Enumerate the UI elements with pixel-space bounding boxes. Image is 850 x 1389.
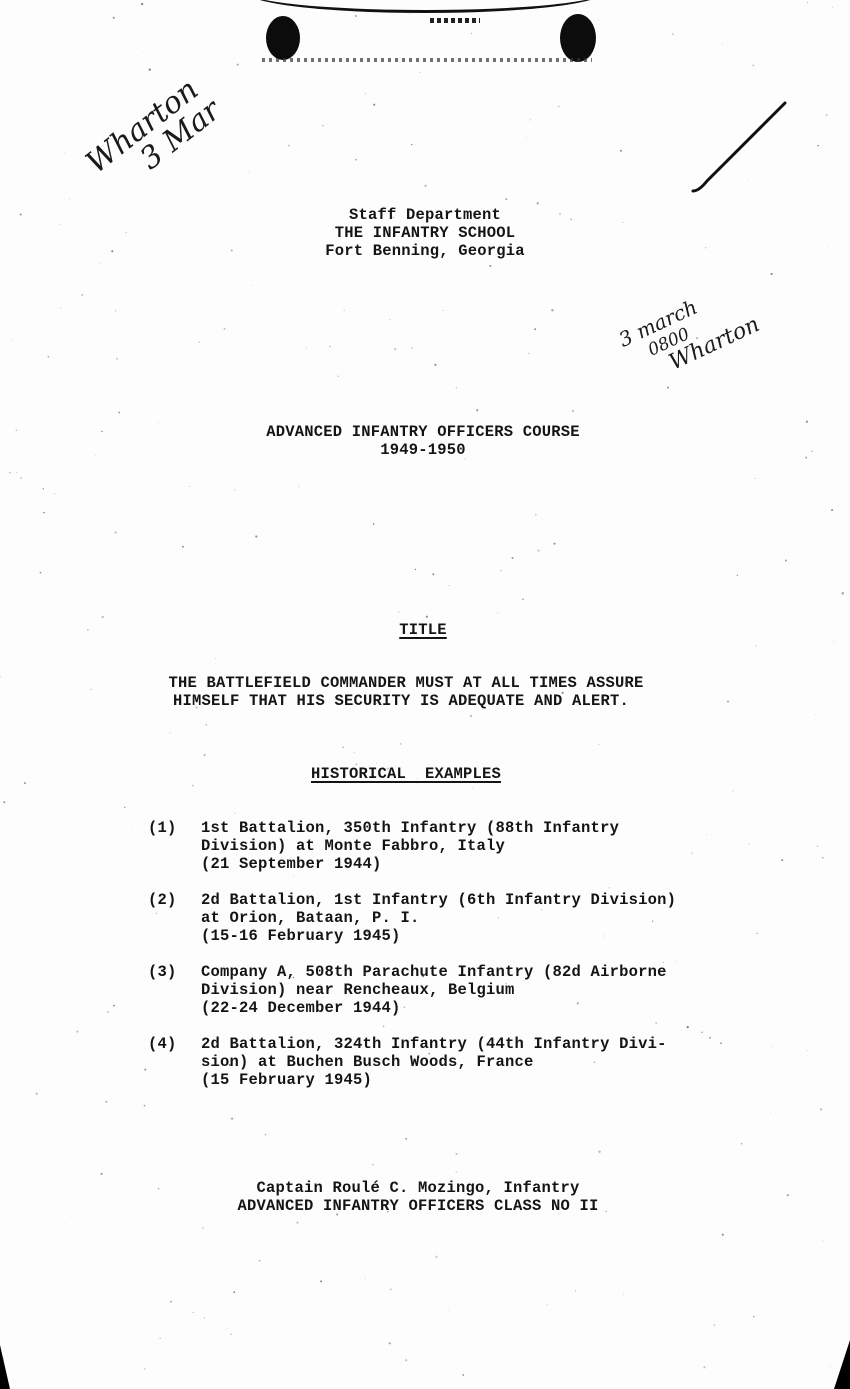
document-page: Wharton 3 Mar 3 march 0800 Wharton Staff… bbox=[0, 0, 850, 1389]
scan-speckles bbox=[0, 0, 850, 1389]
